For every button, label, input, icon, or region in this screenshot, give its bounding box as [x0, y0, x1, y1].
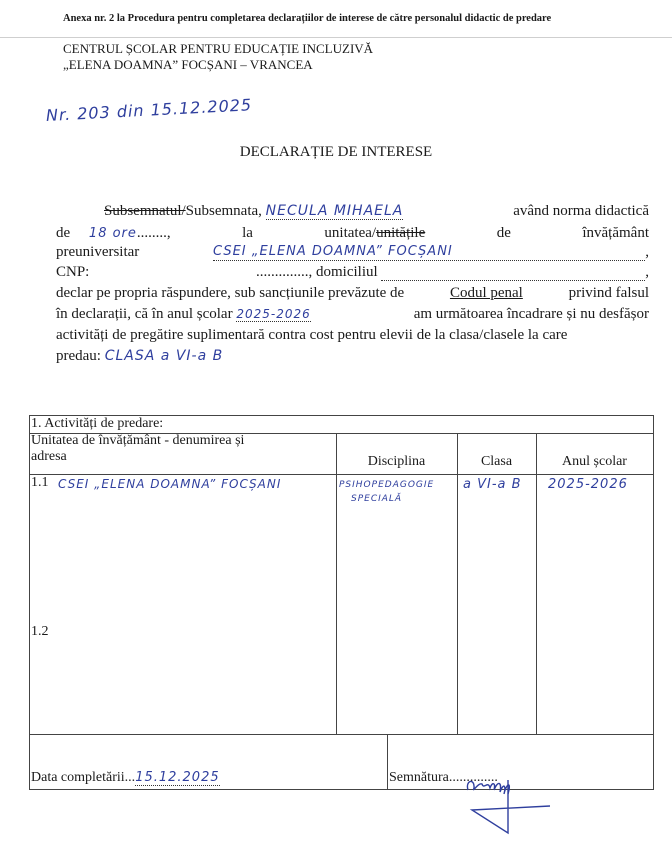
- header-unit: Unitatea de învățământ - denumirea și ad…: [31, 433, 244, 465]
- cnp-field[interactable]: ..............,: [256, 264, 312, 281]
- declaration-line-1: Subsemnatul/Subsemnata, NECULA MIHAELA a…: [104, 203, 649, 220]
- unitatile-struck: unitățile: [376, 225, 425, 241]
- date-label: Data completării...: [31, 770, 135, 785]
- declaration-line-8: predau: CLASA a VI-a B: [56, 348, 223, 365]
- table-divider: [536, 433, 537, 734]
- table-divider: [457, 433, 458, 734]
- classes-field[interactable]: CLASA a VI-a B: [105, 348, 224, 364]
- codul-penal-link: Codul penal: [450, 285, 523, 302]
- school-name-field[interactable]: CSEI „ELENA DOAMNA” FOCȘANI: [213, 244, 645, 261]
- cnp-label: CNP:: [56, 264, 256, 281]
- header-divider: [0, 37, 672, 38]
- subsemnata-label: Subsemnata,: [186, 203, 262, 219]
- domiciliul-label: domiciliul: [316, 264, 378, 281]
- avand-norma-label: având norma didactică: [513, 203, 649, 220]
- row-class-field[interactable]: a VI-a B: [463, 477, 522, 492]
- declaration-line-4: CNP: .............., domiciliul ,: [56, 264, 649, 281]
- row-index: 1.2: [31, 624, 49, 640]
- preuniversitar-label: preuniversitar: [56, 244, 213, 261]
- norm-value-field[interactable]: 18 ore: [89, 226, 137, 241]
- am-urmatoarea-text: am următoarea încadrare și nu desfășor: [414, 306, 649, 323]
- row-unit-field[interactable]: CSEI „ELENA DOAMNA” FOCȘANI: [58, 477, 281, 491]
- la-label: la: [242, 225, 253, 242]
- declaration-line-5: declar pe propria răspundere, sub sancți…: [56, 285, 649, 302]
- date-field[interactable]: 15.12.2025: [135, 770, 219, 786]
- institution-name-line1: CENTRUL ȘCOLAR PENTRU EDUCAȚIE INCLUZIVĂ: [63, 41, 373, 57]
- declar-text: declar pe propria răspundere, sub sancți…: [56, 285, 404, 302]
- table-divider: [30, 474, 653, 475]
- row-school-year-field[interactable]: 2025-2026: [548, 477, 628, 492]
- institution-name-line2: „ELENA DOAMNA” FOCȘANI – VRANCEA: [63, 57, 313, 73]
- table-divider: [387, 734, 388, 790]
- signature-label: Semnătura...: [389, 770, 459, 785]
- declarant-name-field[interactable]: NECULA MIHAELA: [266, 203, 404, 220]
- table-divider: [336, 433, 337, 734]
- declaration-line-6: în declarații, că în anul școlar 2025-20…: [56, 306, 649, 323]
- teaching-activities-table: 1. Activități de predare: Unitatea de în…: [29, 415, 654, 790]
- document-title: DECLARAȚIE DE INTERESE: [0, 144, 672, 161]
- unitatea-label: unitatea/: [324, 225, 376, 241]
- declaration-line-2: de 18 ore........, la unitatea/unitățile…: [56, 225, 649, 242]
- signature-icon: [460, 760, 570, 835]
- row-index: 1.1: [31, 475, 49, 491]
- completion-date: Data completării...15.12.2025: [31, 770, 220, 786]
- de2-label: de: [497, 225, 511, 242]
- section-title: 1. Activități de predare:: [31, 416, 163, 432]
- domicile-field[interactable]: [381, 264, 645, 281]
- norm-dots: ........,: [137, 225, 171, 241]
- header-school-year: Anul școlar: [536, 454, 653, 470]
- declaration-line-7: activități de pregătire suplimentară con…: [56, 327, 649, 344]
- row-discipline-field[interactable]: PSIHOPEDAGOGIE SPECIALĂ: [339, 478, 434, 506]
- declaration-line-3: preuniversitar CSEI „ELENA DOAMNA” FOCȘA…: [56, 244, 649, 261]
- registration-number: Nr. 203 din 15.12.2025: [46, 95, 253, 125]
- predau-label: predau:: [56, 348, 101, 364]
- privind-falsul-text: privind falsul: [569, 285, 649, 302]
- header-discipline: Disciplina: [336, 454, 457, 470]
- in-declaratii-text: în declarații, că în anul școlar: [56, 306, 233, 322]
- header-class: Clasa: [457, 454, 536, 470]
- de-label: de: [56, 225, 70, 241]
- school-year-field[interactable]: 2025-2026: [236, 307, 310, 322]
- table-divider: [30, 734, 653, 735]
- invatamant-label: învățământ: [582, 225, 649, 242]
- subsemnatul-struck: Subsemnatul/: [104, 203, 186, 219]
- annex-reference: Anexa nr. 2 la Procedura pentru completa…: [63, 13, 551, 24]
